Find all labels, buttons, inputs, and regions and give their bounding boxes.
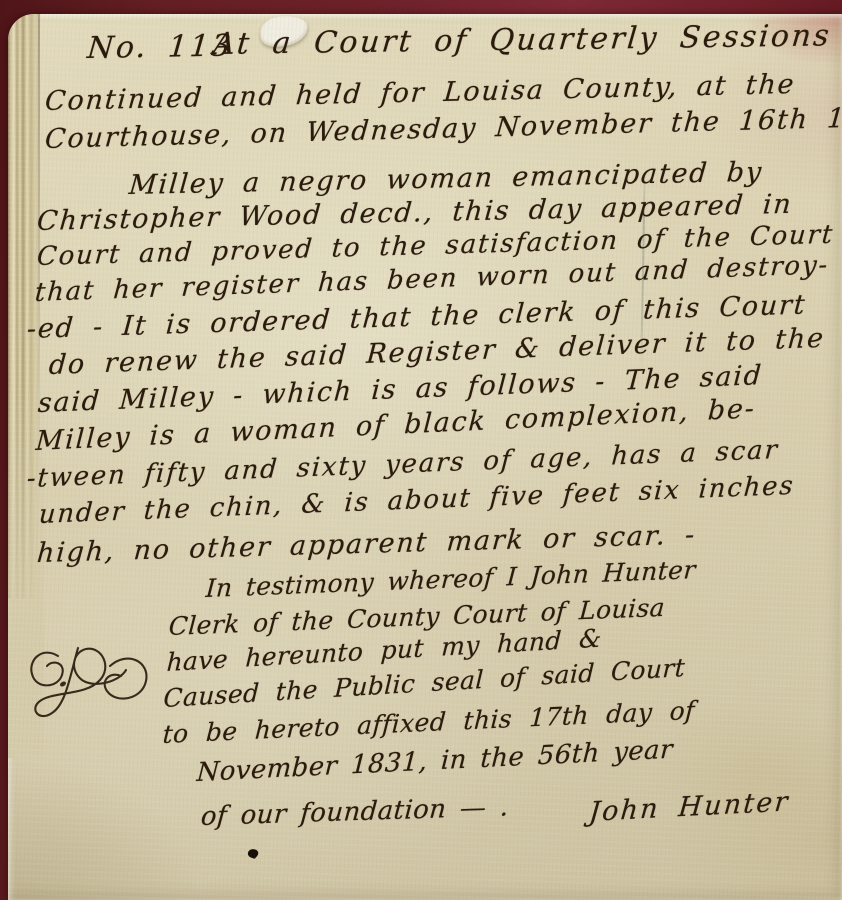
- manuscript-page: No. 113 At a Court of Quarterly Sessions…: [8, 14, 842, 900]
- clerk-signature: John Hunter: [588, 788, 791, 826]
- attestation-line: of our foundation — .: [200, 794, 510, 830]
- manuscript-heading-line: At a Court of Quarterly Sessions: [212, 21, 833, 60]
- photo-backdrop: { "photo": { "surface_color": "#6d2129",…: [0, 0, 842, 900]
- ink-blot-mark: [247, 848, 259, 860]
- clerk-flourish-icon: [22, 634, 170, 734]
